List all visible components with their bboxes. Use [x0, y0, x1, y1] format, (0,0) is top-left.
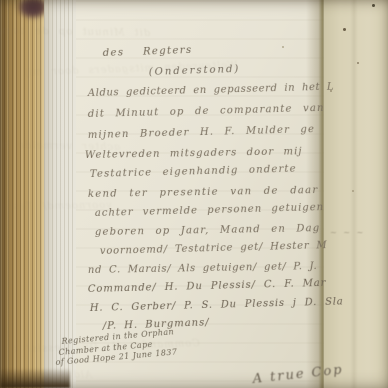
- manuscript-photo: dit Minuut op de comparante van Weltevre…: [0, 0, 388, 388]
- book-binding-fore-edge: [0, 0, 46, 388]
- foxing-speck: [352, 190, 354, 192]
- foxing-speck: [343, 28, 346, 31]
- foxing-speck: [372, 4, 375, 7]
- foxing-speck: [357, 62, 359, 64]
- margin-note: ~ ~ ~: [330, 228, 365, 237]
- page-edge-stack: [44, 0, 78, 388]
- foxing-speck: [330, 90, 332, 92]
- binding-bottom-shadow: [0, 368, 70, 388]
- page-crease: [350, 0, 358, 388]
- foxing-speck: [282, 46, 284, 48]
